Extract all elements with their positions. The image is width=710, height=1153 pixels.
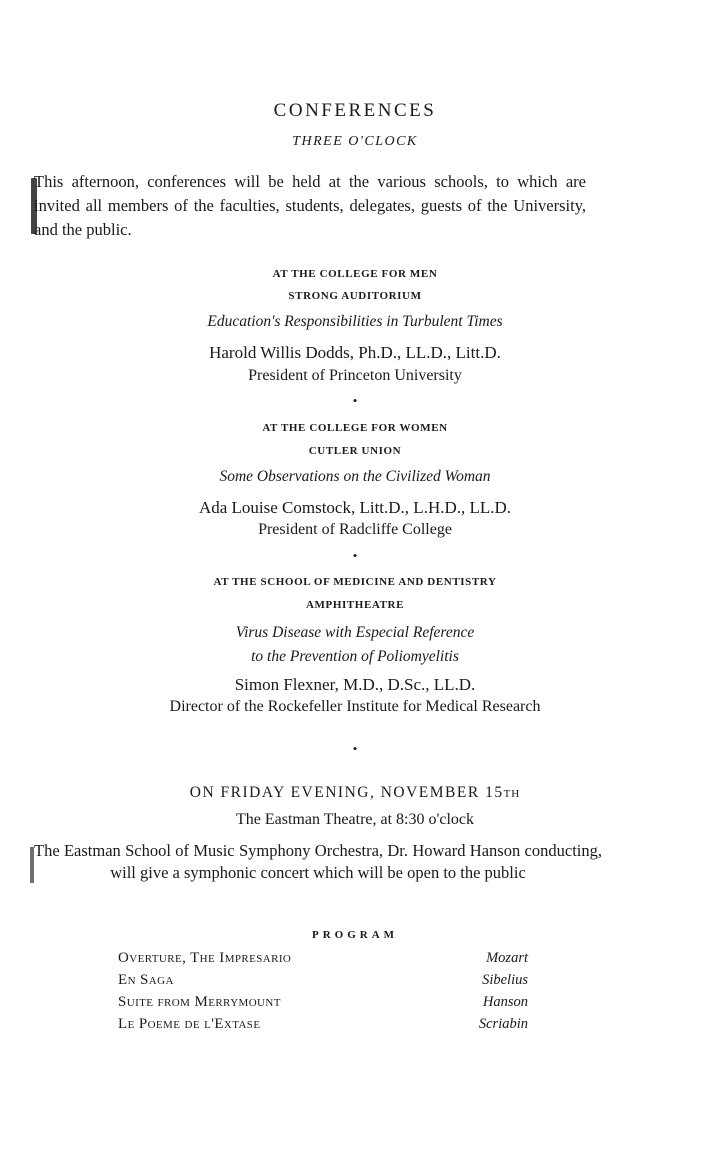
evening-description: The Eastman School of Music Symphony Orc… — [34, 840, 602, 884]
conference-3-speaker: Simon Flexner, M.D., D.Sc., LL.D. — [0, 675, 710, 695]
separator-dot: • — [0, 393, 710, 409]
program-item: Suite from Merrymount Hanson — [118, 994, 538, 1015]
program-composer: Mozart — [486, 950, 528, 967]
conference-1-title: Education's Responsibilities in Turbulen… — [0, 313, 710, 331]
conference-2-speaker: Ada Louise Comstock, Litt.D., L.H.D., LL… — [0, 498, 710, 518]
evening-place-time: The Eastman Theatre, at 8:30 o'clock — [0, 811, 710, 829]
conference-1-speaker: Harold Willis Dodds, Ph.D., LL.D., Litt.… — [0, 343, 710, 363]
intro-paragraph: This afternoon, conferences will be held… — [34, 170, 586, 242]
page-title: CONFERENCES — [0, 100, 710, 122]
conference-3-title-line-2: to the Prevention of Poliomyelitis — [0, 648, 710, 666]
page-subtitle: THREE O'CLOCK — [0, 134, 710, 150]
program-composer: Scriabin — [479, 1016, 528, 1033]
conference-1-venue: STRONG AUDITORIUM — [0, 290, 710, 302]
evening-heading-text: ON FRIDAY EVENING, NOVEMBER 15 — [190, 784, 504, 801]
program-work: Le Poeme de l'Extase — [118, 1016, 260, 1033]
conference-1-role: President of Princeton University — [0, 367, 710, 385]
program-work: Suite from Merrymount — [118, 994, 281, 1011]
conference-3-venue: AMPHITHEATRE — [0, 599, 710, 611]
evening-heading-suffix: TH — [504, 788, 521, 800]
conference-3-location: AT THE SCHOOL OF MEDICINE AND DENTISTRY — [0, 576, 710, 588]
conference-2-role: President of Radcliffe College — [0, 521, 710, 539]
conference-3-role: Director of the Rockefeller Institute fo… — [0, 698, 710, 716]
conference-2-location: AT THE COLLEGE FOR WOMEN — [0, 422, 710, 434]
program-item: Overture, The Impresario Mozart — [118, 950, 538, 971]
separator-dot: • — [0, 548, 710, 564]
program-work: En Saga — [118, 972, 174, 989]
program-work: Overture, The Impresario — [118, 950, 291, 967]
program-composer: Sibelius — [482, 972, 528, 989]
conference-1-location: AT THE COLLEGE FOR MEN — [0, 268, 710, 280]
conference-2-venue: CUTLER UNION — [0, 445, 710, 457]
program-item: En Saga Sibelius — [118, 972, 538, 993]
conference-3-title-line-1: Virus Disease with Especial Reference — [0, 624, 710, 642]
separator-dot: • — [0, 741, 710, 757]
conference-2-title: Some Observations on the Civilized Woman — [0, 468, 710, 486]
program-composer: Hanson — [483, 994, 528, 1011]
program-heading: PROGRAM — [0, 929, 710, 941]
program-item: Le Poeme de l'Extase Scriabin — [118, 1016, 538, 1037]
evening-heading: ON FRIDAY EVENING, NOVEMBER 15TH — [0, 784, 710, 802]
